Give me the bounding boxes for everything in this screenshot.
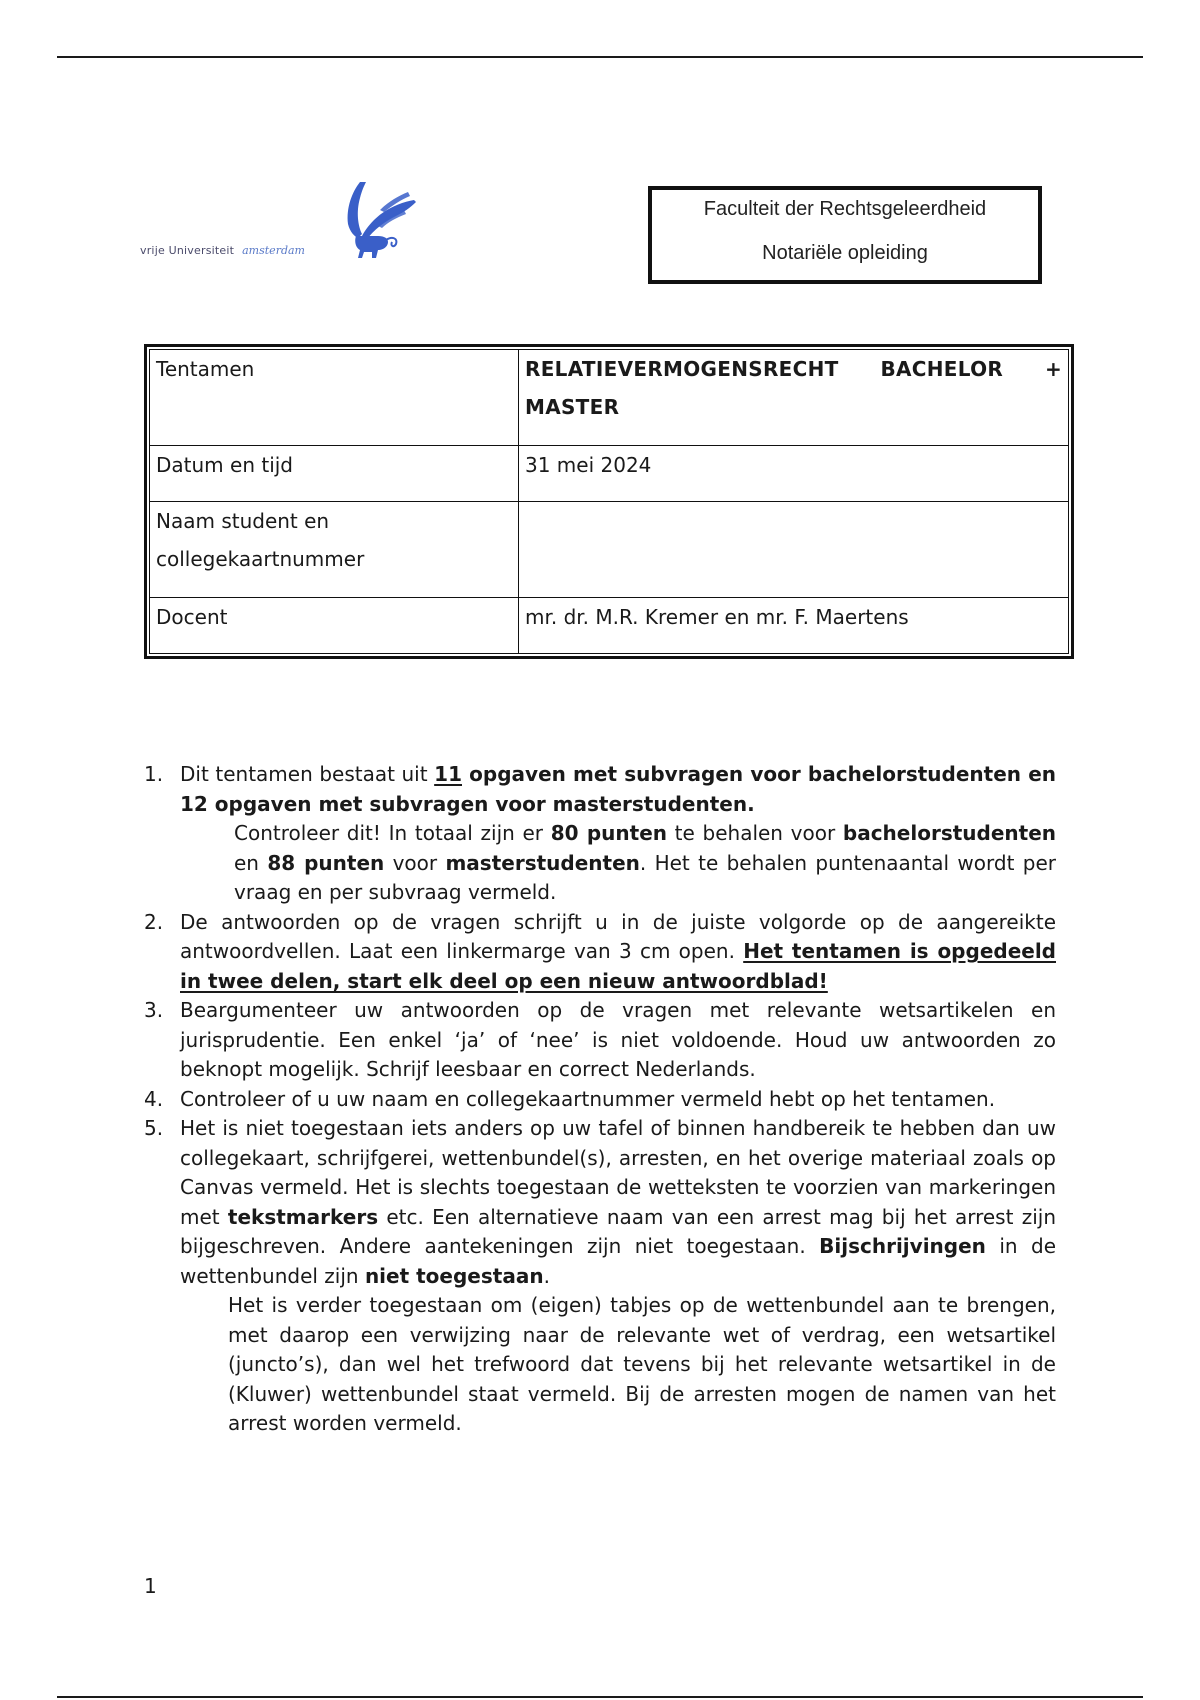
instructions-list: 1. Dit tentamen bestaat uit 11 opgaven m… (144, 760, 1056, 1439)
date-value: 31 mei 2024 (519, 446, 1069, 502)
exam-info-table: Tentamen RELATIEVERMOGENSRECHT BACHELOR … (144, 344, 1074, 659)
item-text-emphasis: Bijschrijvingen (819, 1234, 986, 1258)
table-row: Tentamen RELATIEVERMOGENSRECHT BACHELOR … (150, 350, 1069, 446)
page-number: 1 (144, 1574, 157, 1598)
item-text-emphasis: 88 punten (267, 851, 384, 875)
item-number: 5. (144, 1114, 163, 1144)
item-text-emphasis: 80 punten (551, 821, 667, 845)
exam-title-line1: RELATIEVERMOGENSRECHT BACHELOR + (525, 350, 1062, 388)
item-text-emphasis: niet toegestaan (365, 1264, 544, 1288)
list-item: 3. Beargumenteer uw antwoorden op de vra… (144, 996, 1056, 1085)
footer-rule (57, 1696, 1143, 1698)
list-item: 2. De antwoorden op de vragen schrijft u… (144, 908, 1056, 997)
item-text-emphasis: 11 (434, 762, 462, 786)
exam-title-cell: RELATIEVERMOGENSRECHT BACHELOR + MASTER (519, 350, 1069, 446)
item-number: 2. (144, 908, 163, 938)
item-text-emphasis: tekstmarkers (228, 1205, 378, 1229)
griffin-logo-icon (338, 178, 418, 262)
student-value-field[interactable] (519, 502, 1069, 598)
item-number: 1. (144, 760, 163, 790)
item-text-emphasis: bachelorstudenten (843, 821, 1056, 845)
date-label: Datum en tijd (150, 446, 519, 502)
logo-wordmark: vrije Universiteitamsterdam (140, 244, 305, 257)
item-text: en (234, 851, 267, 875)
lecturer-value: mr. dr. M.R. Kremer en mr. F. Maertens (519, 598, 1069, 654)
faculty-name: Faculteit der Rechtsgeleerdheid (652, 198, 1038, 221)
item-text: . (544, 1264, 550, 1288)
exam-title-word: BACHELOR (880, 350, 1003, 388)
list-item: 1. Dit tentamen bestaat uit 11 opgaven m… (144, 760, 1056, 908)
item-text: te behalen voor (667, 821, 843, 845)
item-text-emphasis: masterstudenten (445, 851, 639, 875)
table-row: Docent mr. dr. M.R. Kremer en mr. F. Mae… (150, 598, 1069, 654)
header-rule (57, 56, 1143, 58)
item-text: Controleer of u uw naam en collegekaartn… (180, 1085, 1056, 1115)
lecturer-label: Docent (150, 598, 519, 654)
list-item: 4. Controleer of u uw naam en collegekaa… (144, 1085, 1056, 1115)
item-text: Dit tentamen bestaat uit (180, 762, 434, 786)
university-logo: vrije Universiteitamsterdam (140, 178, 430, 262)
item-number: 4. (144, 1085, 163, 1115)
exam-title-line2: MASTER (525, 388, 1062, 426)
item-text: Controleer dit! In totaal zijn er (234, 821, 551, 845)
exam-title-word: + (1045, 350, 1062, 388)
table-row: Naam student en collegekaartnummer (150, 502, 1069, 598)
exam-label: Tentamen (150, 350, 519, 446)
item-number: 3. (144, 996, 163, 1026)
logo-city-name: amsterdam (242, 244, 305, 257)
student-label-line1: Naam student en (156, 502, 512, 540)
student-label: Naam student en collegekaartnummer (150, 502, 519, 598)
item-text: voor (384, 851, 445, 875)
student-label-line2: collegekaartnummer (156, 540, 512, 578)
table-row: Datum en tijd 31 mei 2024 (150, 446, 1069, 502)
exam-title-word: RELATIEVERMOGENSRECHT (525, 350, 839, 388)
faculty-box: Faculteit der Rechtsgeleerdheid Notariël… (648, 186, 1042, 284)
program-name: Notariële opleiding (652, 242, 1038, 265)
list-item: 5. Het is niet toegestaan iets anders op… (144, 1114, 1056, 1439)
item-text: Beargumenteer uw antwoorden op de vragen… (180, 996, 1056, 1085)
item-text: Het is verder toegestaan om (eigen) tabj… (228, 1291, 1056, 1439)
logo-university-name: vrije Universiteit (140, 244, 234, 257)
